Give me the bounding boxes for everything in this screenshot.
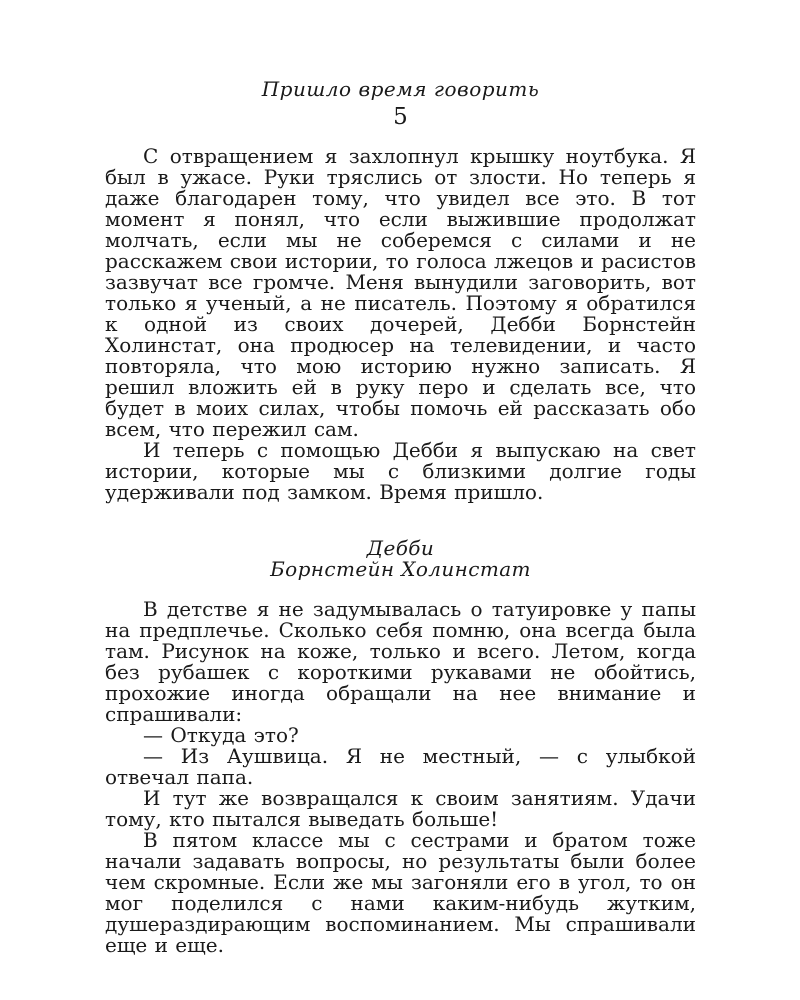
paragraph: И теперь с помощью Дебби я выпускаю на с…: [105, 440, 696, 503]
dialogue-line: — Откуда это?: [105, 725, 696, 746]
section-heading: Дебби Борнстейн Холинстат: [105, 538, 696, 580]
dialogue-line: — Из Аушвица. Я не местный, — с улыбкой …: [105, 746, 696, 788]
paragraph: В детстве я не задумывалась о татуировке…: [105, 599, 696, 725]
paragraph: В пятом классе мы с сестрами и братом то…: [105, 830, 696, 956]
section-text: В детстве я не задумывалась о татуировке…: [105, 599, 696, 956]
section-heading-line-2: Борнстейн Холинстат: [105, 559, 696, 580]
book-page: Пришло время говорить 5 С отвращением я …: [0, 0, 800, 1000]
chapter-number: 5: [105, 104, 696, 130]
chapter-text: С отвращением я захлопнул крышку ноутбук…: [105, 146, 696, 503]
paragraph: С отвращением я захлопнул крышку ноутбук…: [105, 146, 696, 440]
running-title: Пришло время говорить: [105, 79, 696, 100]
section-heading-line-1: Дебби: [105, 538, 696, 559]
paragraph: И тут же возвращался к своим занятиям. У…: [105, 788, 696, 830]
